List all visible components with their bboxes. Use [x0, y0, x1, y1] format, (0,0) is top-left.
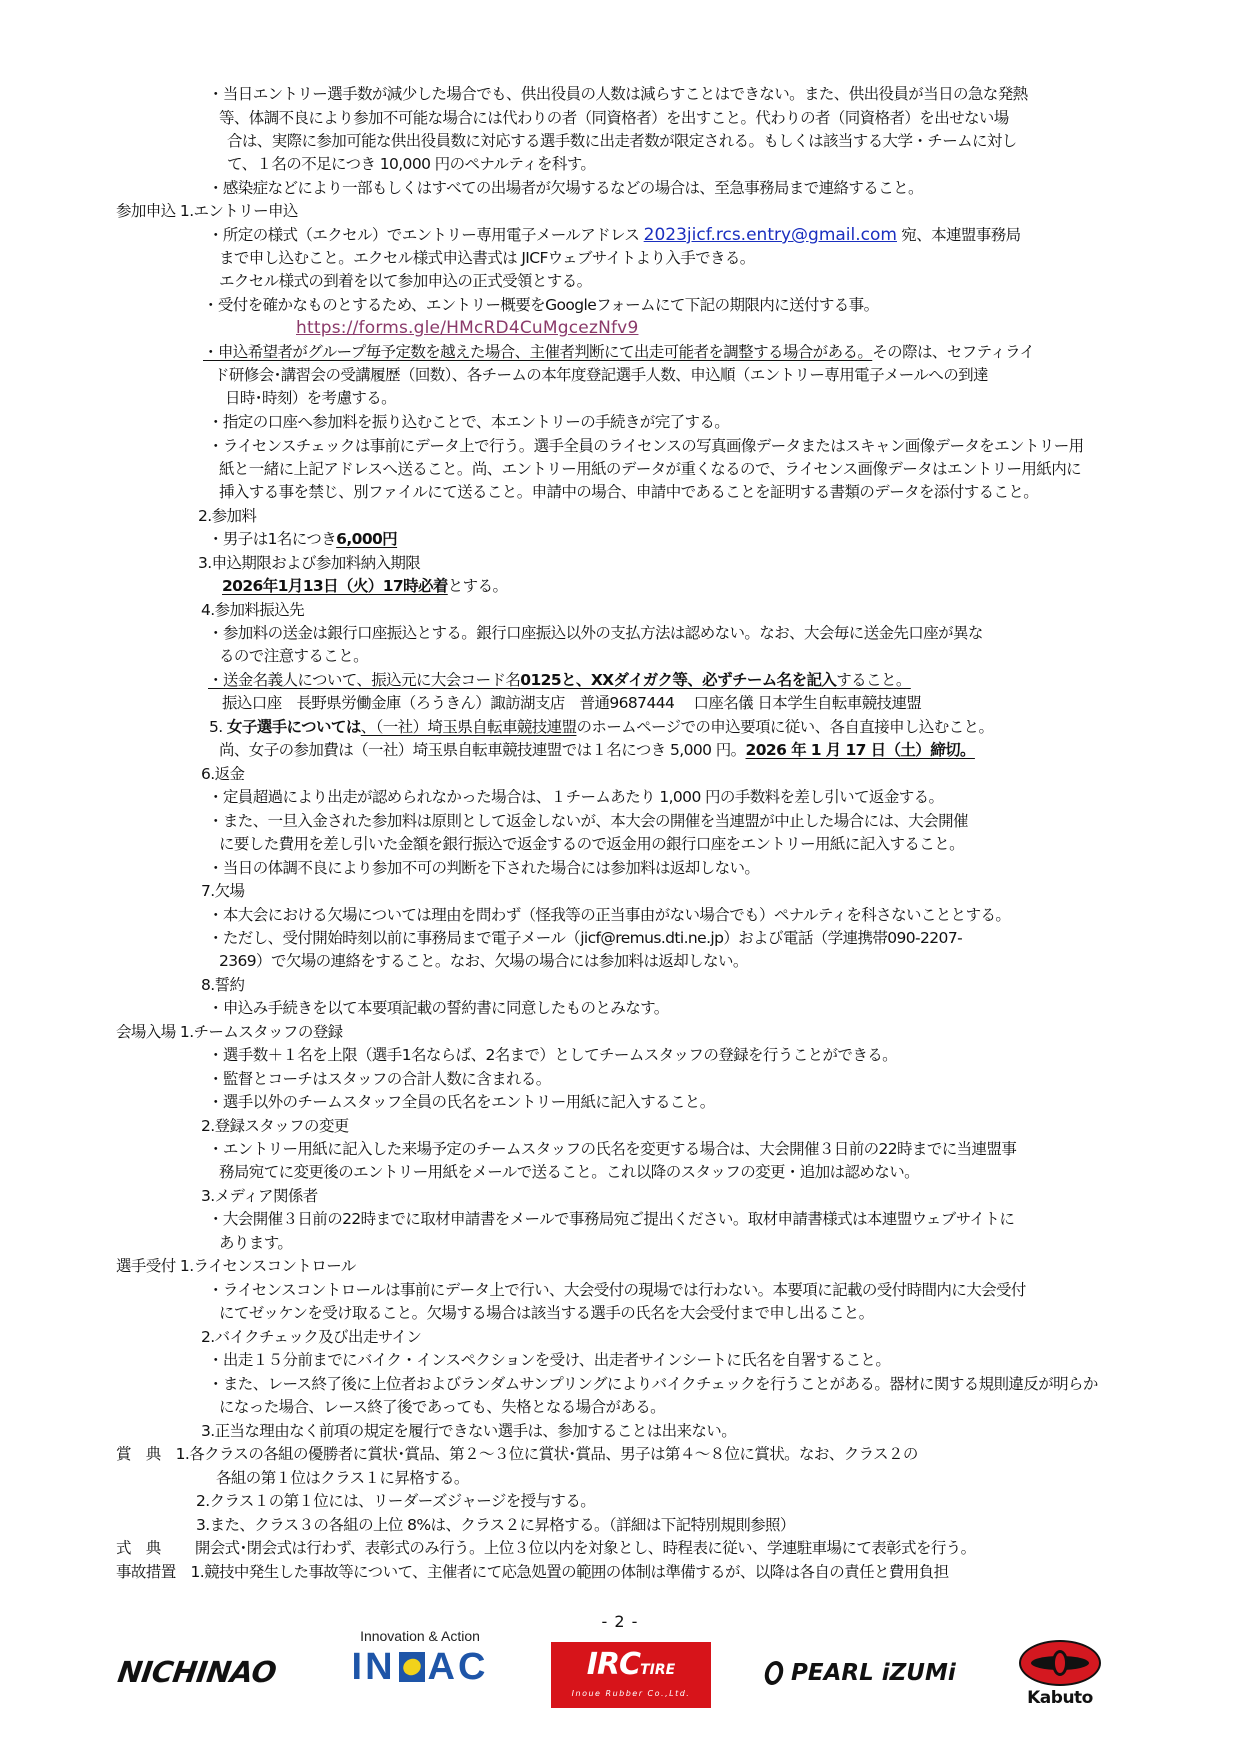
text-run: ・選手以外のチームスタッフ全員の氏名をエントリー用紙に記入すること。	[208, 1093, 715, 1111]
document-line: ・申込希望者がグループ毎予定数を越えた場合、主催者判断にて出走可能者を調整する場…	[203, 341, 1034, 363]
text-run: ・ライセンスコントロールは事前にデータ上で行い、大会受付の現場では行わない。本要…	[208, 1281, 1026, 1299]
document-line: 式 典 開会式･閉会式は行わず、表彰式のみ行う。上位３位以内を対象とし、時程表に…	[116, 1537, 976, 1559]
document-line: 等、体調不良により参加不可能な場合には代わりの者（同資格者）を出すこと。代わりの…	[219, 107, 1009, 129]
text-run: ・当日の体調不良により参加不可の判断を下された場合には参加料は返却しない。	[208, 859, 759, 877]
document-line: ・また、レース終了後に上位者およびランダムサンプリングによりバイクチェックを行う…	[208, 1373, 1098, 1395]
document-line: ・申込み手続きを以て本要項記載の誓約書に同意したものとみなす。	[208, 997, 669, 1019]
text-run: 合は、実際に参加可能な供出役員数に対応する選手数に出走者数が限定される。もしくは…	[227, 132, 1017, 150]
text-run: 6,000円	[336, 530, 397, 548]
text-run: 宛、本連盟事務局	[897, 226, 1021, 244]
text-run: ・エントリー用紙に記入した来場予定のチームスタッフの氏名を変更する場合は、大会開…	[208, 1140, 1016, 1158]
document-line: ・参加料の送金は銀行口座振込とする。銀行口座振込以外の支払方法は認めない。なお、…	[208, 622, 983, 644]
document-line: て、１名の不足につき 10,000 円のペナルティを科す。	[227, 153, 595, 175]
text-run: 選手受付 1.ライセンスコントロール	[116, 1257, 356, 1275]
document-line: 尚、女子の参加費は（一社）埼玉県自転車競技連盟では１名につき 5,000 円。2…	[219, 739, 975, 761]
text-run: すること。	[836, 671, 911, 689]
document-line: 3.正当な理由なく前項の規定を履行できない選手は、参加することは出来ない。	[201, 1420, 736, 1442]
text-run: 4.参加料振込先	[201, 601, 304, 619]
text-run: その際は、セフティライ	[872, 343, 1034, 361]
document-line: になった場合、レース終了後であっても、失格となる場合がある。	[219, 1396, 665, 1418]
text-run: 事故措置 1.競技中発生した事故等について、主催者にて応急処置の範囲の体制は準備…	[116, 1563, 948, 1581]
text-run: 会場入場 1.チームスタッフの登録	[116, 1023, 343, 1041]
sponsor-logo-nichinao: NICHINAO	[116, 1655, 279, 1689]
sponsor-logo-irc-tire: IRCTIRE Inoue Rubber Co.,Ltd.	[551, 1642, 711, 1708]
text-run: ・指定の口座へ参加料を振り込むことで、本エントリーの手続きが完了する。	[208, 413, 729, 431]
text-run: 3.正当な理由なく前項の規定を履行できない選手は、参加することは出来ない。	[201, 1422, 736, 1440]
irc-company-name: Inoue Rubber Co.,Ltd.	[551, 1689, 711, 1698]
irc-wordmark-suffix: TIRE	[640, 1662, 675, 1678]
text-run: 賞 典 1.各クラスの各組の優勝者に賞状･賞品、第２～３位に賞状･賞品、男子は第…	[116, 1445, 918, 1463]
document-line: ・また、一旦入金された参加料は原則として返金しないが、本大会の開催を当連盟が中止…	[208, 810, 968, 832]
text-run: 7.欠場	[201, 882, 244, 900]
sponsor-logo-pearl-izumi: PEARL iZUMi	[765, 1660, 956, 1686]
text-run: ・参加料の送金は銀行口座振込とする。銀行口座振込以外の支払方法は認めない。なお、…	[208, 624, 983, 642]
text-run: て、１名の不足につき 10,000 円のペナルティを科す。	[227, 155, 595, 173]
document-line: ・ライセンスコントロールは事前にデータ上で行い、大会受付の現場では行わない。本要…	[208, 1279, 1026, 1301]
text-run: 2.クラス１の第１位には、リーダーズジャージを授与する。	[196, 1492, 595, 1510]
text-run: 挿入する事を禁じ、別ファイルにて送ること。申請中の場合、申請中であることを証明す…	[219, 483, 1038, 501]
document-line: るので注意すること。	[219, 645, 368, 667]
text-run: 参加申込 1.エントリー申込	[116, 202, 298, 220]
text-run: エクセル様式の到着を以て参加申込の正式受領とする。	[219, 272, 592, 290]
document-line: ・エントリー用紙に記入した来場予定のチームスタッフの氏名を変更する場合は、大会開…	[208, 1138, 1016, 1160]
document-line: 挿入する事を禁じ、別ファイルにて送ること。申請中の場合、申請中であることを証明す…	[219, 481, 1038, 503]
text-run: 振込口座 長野県労働金庫（ろうきん）諏訪湖支店 普通9687444 口座名儀 日…	[222, 694, 921, 712]
page-number: - 2 -	[0, 1612, 1240, 1631]
text-run: るので注意すること。	[219, 647, 368, 665]
document-line: 6.返金	[201, 763, 244, 785]
text-run: 3.また、クラス３の各組の上位 8%は、クラス２に昇格する。（詳細は下記特別規則…	[196, 1516, 795, 1534]
inoac-tagline: Innovation & Action	[325, 1628, 515, 1644]
inoac-o-emblem-icon	[399, 1652, 425, 1682]
text-run: に要した費用を差し引いた金額を銀行振込で返金するので返金用の銀行口座をエントリー…	[219, 835, 964, 853]
document-line: 事故措置 1.競技中発生した事故等について、主催者にて応急処置の範囲の体制は準備…	[116, 1561, 948, 1583]
document-line: 参加申込 1.エントリー申込	[116, 200, 298, 222]
document-line: 4.参加料振込先	[201, 599, 304, 621]
document-line: あります。	[219, 1232, 292, 1254]
text-run: 2.バイクチェック及び出走サイン	[201, 1328, 421, 1346]
text-run: ・出走１５分前までにバイク・インスペクションを受け、出走者サインシートに氏名を自…	[208, 1351, 890, 1369]
document-line: 5. 女子選手については、（一社）埼玉県自転車競技連盟のホームページでの申込要項…	[209, 716, 993, 738]
text-run: 6.返金	[201, 765, 244, 783]
text-run: ・受付を確かなものとするため、エントリー概要をGoogleフォームにて下記の期限…	[203, 296, 878, 314]
document-line: 3.メディア関係者	[201, 1185, 318, 1207]
text-run: ・当日エントリー選手数が減少した場合でも、供出役員の人数は減らすことはできない。…	[208, 85, 1028, 103]
document-line: 3.また、クラス３の各組の上位 8%は、クラス２に昇格する。（詳細は下記特別規則…	[196, 1514, 795, 1536]
document-line: ・男子は1名につき6,000円	[208, 528, 397, 550]
entry-email-link[interactable]: 2023jicf.rcs.entry@gmail.com	[644, 225, 897, 245]
document-line: 2.バイクチェック及び出走サイン	[201, 1326, 421, 1348]
text-run: 2.参加料	[198, 507, 256, 525]
inoac-wordmark: IN AC	[352, 1648, 489, 1686]
document-line: ・指定の口座へ参加料を振り込むことで、本エントリーの手続きが完了する。	[208, 411, 729, 433]
document-line: ・所定の様式（エクセル）でエントリー専用電子メールアドレス 2023jicf.r…	[208, 224, 1021, 246]
text-run: 8.誓約	[201, 976, 244, 994]
document-line: 2026年1月13日（火）17時必着とする。	[222, 575, 507, 597]
document-line: ・送金名義人について、振込元に大会コード名0125と、XXダイガク等、必ずチーム…	[208, 669, 911, 691]
text-run: まで申し込むこと。エクセル様式申込書式は JICFウェブサイトより入手できる。	[219, 249, 755, 267]
text-run: 女子選手については	[227, 718, 361, 736]
document-line: ド研修会･講習会の受講履歴（回数）、各チームの本年度登記選手人数、申込順（エント…	[214, 364, 988, 386]
text-run: ・大会開催３日前の22時までに取材申請書をメールで事務局宛ご提出ください。取材申…	[208, 1210, 1014, 1228]
document-line: https://forms.gle/HMcRD4CuMgcezNfv9	[296, 317, 638, 339]
irc-wordmark-main: IRC	[587, 1647, 640, 1682]
document-line: 2.登録スタッフの変更	[201, 1115, 349, 1137]
document-line: 賞 典 1.各クラスの各組の優勝者に賞状･賞品、第２～３位に賞状･賞品、男子は第…	[116, 1443, 918, 1465]
text-run: ・送金名義人について、振込元に大会コード名	[208, 671, 520, 689]
text-run: 日時･時刻）を考慮する。	[225, 389, 396, 407]
document-line: ・当日の体調不良により参加不可の判断を下された場合には参加料は返却しない。	[208, 857, 759, 879]
document-line: 2.参加料	[198, 505, 256, 527]
document-line: まで申し込むこと。エクセル様式申込書式は JICFウェブサイトより入手できる。	[219, 247, 755, 269]
document-line: ・選手以外のチームスタッフ全員の氏名をエントリー用紙に記入すること。	[208, 1091, 715, 1113]
document-line: ・感染症などにより一部もしくはすべての出場者が欠場するなどの場合は、至急事務局ま…	[208, 177, 923, 199]
document-line: ・本大会における欠場については理由を問わず（怪我等の正当事由がない場合でも）ペナ…	[208, 904, 1010, 926]
document-line: 務局宛てに変更後のエントリー用紙をメールで送ること。これ以降のスタッフの変更・追…	[219, 1161, 919, 1183]
text-run: 式 典 開会式･閉会式は行わず、表彰式のみ行う。上位３位以内を対象とし、時程表に…	[116, 1539, 976, 1557]
text-run: 2369）で欠場の連絡をすること。なお、欠場の場合には参加料は返却しない。	[219, 952, 748, 970]
kabuto-wordmark: Kabuto	[1018, 1688, 1102, 1708]
text-run: 3.メディア関係者	[201, 1187, 318, 1205]
text-run: ・ライセンスチェックは事前にデータ上で行う。選手全員のライセンスの写真画像データ…	[208, 437, 1084, 455]
text-run: 5.	[209, 718, 227, 736]
document-line: 8.誓約	[201, 974, 244, 996]
text-run: ・監督とコーチはスタッフの合計人数に含まれる。	[208, 1070, 551, 1088]
document-line: に要した費用を差し引いた金額を銀行振込で返金するので返金用の銀行口座をエントリー…	[219, 833, 964, 855]
document-line: ・選手数＋１名を上限（選手1名ならば、2名まで）としてチームスタッフの登録を行う…	[208, 1044, 897, 1066]
sponsor-logo-inoac: Innovation & Action IN AC	[325, 1628, 515, 1686]
document-line: 紙と一緒に上記アドレスへ送ること。尚、エントリー用紙のデータが重くなるので、ライ…	[219, 458, 1081, 480]
document-line: ・大会開催３日前の22時までに取材申請書をメールで事務局宛ご提出ください。取材申…	[208, 1208, 1014, 1230]
text-run: ・男子は1名につき	[208, 530, 336, 548]
kabuto-emblem-icon	[1019, 1640, 1101, 1686]
document-line: にてゼッケンを受け取ること。欠場する場合は該当する選手の氏名を大会受付まで申し出…	[219, 1302, 874, 1324]
document-line: ・当日エントリー選手数が減少した場合でも、供出役員の人数は減らすことはできない。…	[208, 83, 1028, 105]
text-run: ・本大会における欠場については理由を問わず（怪我等の正当事由がない場合でも）ペナ…	[208, 906, 1010, 924]
text-run: 務局宛てに変更後のエントリー用紙をメールで送ること。これ以降のスタッフの変更・追…	[219, 1163, 919, 1181]
text-run: にてゼッケンを受け取ること。欠場する場合は該当する選手の氏名を大会受付まで申し出…	[219, 1304, 874, 1322]
pearl-izumi-wordmark: PEARL iZUMi	[791, 1660, 956, 1686]
document-line: ・監督とコーチはスタッフの合計人数に含まれる。	[208, 1068, 551, 1090]
text-run: 各組の第１位はクラス１に昇格する。	[216, 1469, 469, 1487]
document-line: ・ライセンスチェックは事前にデータ上で行う。選手全員のライセンスの写真画像データ…	[208, 435, 1084, 457]
text-run: ・所定の様式（エクセル）でエントリー専用電子メールアドレス	[208, 226, 644, 244]
document-line: 各組の第１位はクラス１に昇格する。	[216, 1467, 469, 1489]
text-run: ・また、レース終了後に上位者およびランダムサンプリングによりバイクチェックを行う…	[208, 1375, 1098, 1393]
text-run: とする。	[448, 577, 508, 595]
inoac-wordmark-right: AC	[428, 1648, 489, 1686]
text-run: ・ただし、受付開始時刻以前に事務局まで電子メール（jicf@remus.dti.…	[208, 929, 962, 947]
text-run: 紙と一緒に上記アドレスへ送ること。尚、エントリー用紙のデータが重くなるので、ライ…	[219, 460, 1081, 478]
document-line: ・ただし、受付開始時刻以前に事務局まで電子メール（jicf@remus.dti.…	[208, 927, 962, 949]
text-run: 0125と、XXダイガク等、必ずチーム名を記入	[520, 671, 836, 689]
google-form-link[interactable]: https://forms.gle/HMcRD4CuMgcezNfv9	[296, 318, 638, 338]
document-line: ・受付を確かなものとするため、エントリー概要をGoogleフォームにて下記の期限…	[203, 294, 878, 316]
text-run: ・申込希望者がグループ毎予定数を越えた場合、主催者判断にて出走可能者を調整する場…	[203, 343, 872, 361]
text-run: 尚、女子の参加費は（一社）埼玉県自転車競技連盟では１名につき 5,000 円。	[219, 741, 746, 759]
pearl-izumi-emblem-icon	[763, 1661, 785, 1685]
text-run: 、（一社）埼玉県自転車競技連盟	[361, 718, 577, 736]
text-run: ・申込み手続きを以て本要項記載の誓約書に同意したものとみなす。	[208, 999, 669, 1017]
document-line: 2369）で欠場の連絡をすること。なお、欠場の場合には参加料は返却しない。	[219, 950, 748, 972]
document-line: 7.欠場	[201, 880, 244, 902]
document-line: 振込口座 長野県労働金庫（ろうきん）諏訪湖支店 普通9687444 口座名儀 日…	[222, 692, 921, 714]
text-run: になった場合、レース終了後であっても、失格となる場合がある。	[219, 1398, 665, 1416]
irc-wordmark: IRCTIRE	[551, 1650, 711, 1685]
text-run: 等、体調不良により参加不可能な場合には代わりの者（同資格者）を出すこと。代わりの…	[219, 109, 1009, 127]
text-run: 2026 年 1 月 17 日（土）締切。	[746, 741, 975, 759]
text-run: 3.申込期限および参加料納入期限	[198, 554, 420, 572]
document-line: 日時･時刻）を考慮する。	[225, 387, 396, 409]
text-run: あります。	[219, 1234, 292, 1252]
text-run: のホームページでの申込要項に従い、各自直接申し込むこと。	[576, 718, 993, 736]
text-run: ・感染症などにより一部もしくはすべての出場者が欠場するなどの場合は、至急事務局ま…	[208, 179, 923, 197]
document-line: 合は、実際に参加可能な供出役員数に対応する選手数に出走者数が限定される。もしくは…	[227, 130, 1017, 152]
text-run: ・また、一旦入金された参加料は原則として返金しないが、本大会の開催を当連盟が中止…	[208, 812, 968, 830]
document-page: ・当日エントリー選手数が減少した場合でも、供出役員の人数は減らすことはできない。…	[0, 0, 1240, 1754]
document-line: 選手受付 1.ライセンスコントロール	[116, 1255, 356, 1277]
document-line: 2.クラス１の第１位には、リーダーズジャージを授与する。	[196, 1490, 595, 1512]
document-line: ・出走１５分前までにバイク・インスペクションを受け、出走者サインシートに氏名を自…	[208, 1349, 890, 1371]
text-run: ・選手数＋１名を上限（選手1名ならば、2名まで）としてチームスタッフの登録を行う…	[208, 1046, 897, 1064]
inoac-wordmark-left: IN	[352, 1648, 396, 1686]
document-line: ・定員超過により出走が認められなかった場合は、１チームあたり 1,000 円の手…	[208, 786, 943, 808]
text-run: 2026年1月13日（火）17時必着	[222, 577, 448, 595]
text-run: 2.登録スタッフの変更	[201, 1117, 349, 1135]
sponsor-logo-kabuto: Kabuto	[1018, 1640, 1102, 1708]
text-run: ド研修会･講習会の受講履歴（回数）、各チームの本年度登記選手人数、申込順（エント…	[214, 366, 988, 384]
text-run: ・定員超過により出走が認められなかった場合は、１チームあたり 1,000 円の手…	[208, 788, 943, 806]
document-line: 3.申込期限および参加料納入期限	[198, 552, 420, 574]
document-line: 会場入場 1.チームスタッフの登録	[116, 1021, 343, 1043]
document-line: エクセル様式の到着を以て参加申込の正式受領とする。	[219, 270, 592, 292]
